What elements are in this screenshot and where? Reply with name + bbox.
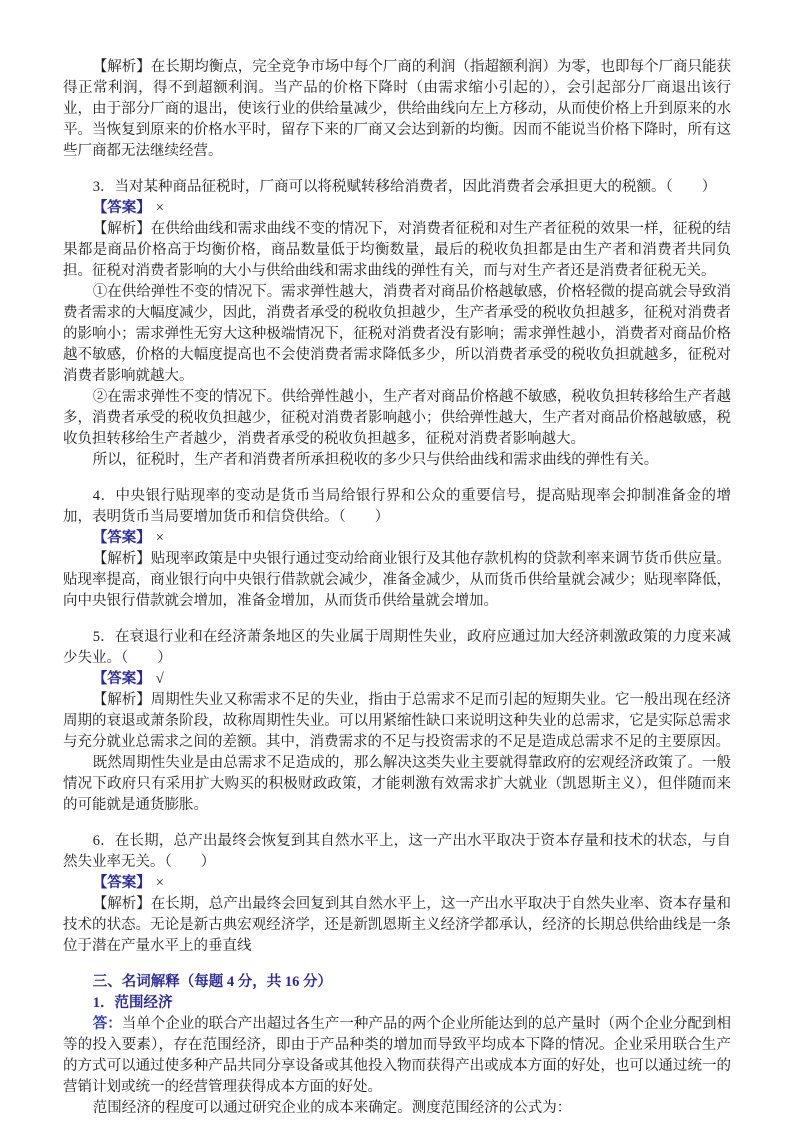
question-block-3: 3．当对某种商品征税时，厂商可以将税赋转移给消费者，因此消费者会承担更大的税额。…	[63, 177, 731, 471]
intro-analysis-paragraph: 【解析】在长期均衡点，完全竞争市场中每个厂商的利润（指超额利润）为零，也即每个厂…	[63, 57, 731, 162]
answer-line: 【答案】×	[63, 873, 731, 894]
answer-prefix: 答：	[93, 1016, 122, 1032]
document-page: 【解析】在长期均衡点，完全竞争市场中每个厂商的利润（指超额利润）为零，也即每个厂…	[0, 0, 792, 1122]
question-text: 6．在长期，总产出最终会恢复到其自然水平上，这一产出水平取决于资本存量和技术的状…	[63, 831, 731, 873]
answer-label: 【答案】	[93, 875, 151, 891]
question-block-5: 5．在衰退行业和在经济萧条地区的失业属于周期性失业，政府应通过加大经济刺激政策的…	[63, 627, 731, 816]
answer-line: 【答案】×	[63, 198, 731, 219]
analysis-paragraph: ②在需求弹性不变的情况下。供给弹性越小，生产者对商品价格越不敏感，税收负担转移给…	[63, 387, 731, 450]
analysis-paragraph: 【解析】周期性失业又称需求不足的失业，指由于总需求不足而引起的短期失业。它一般出…	[63, 690, 731, 753]
answer-mark: ×	[156, 530, 164, 546]
formula-intro-paragraph: 范围经济的程度可以通过研究企业的成本来确定。测度范围经济的公式为：	[63, 1098, 731, 1119]
question-block-4: 4．中央银行贴现率的变动是货币当局给银行界和公众的重要信号，提高贴现率会抑制准备…	[63, 486, 731, 612]
question-text: 5．在衰退行业和在经济萧条地区的失业属于周期性失业，政府应通过加大经济刺激政策的…	[63, 627, 731, 669]
analysis-paragraph: 【解析】在长期，总产出最终会回复到其自然水平上，这一产出水平取决于自然失业率、资…	[63, 894, 731, 957]
answer-line: 【答案】×	[63, 528, 731, 549]
answer-mark: √	[156, 671, 164, 687]
answer-label: 【答案】	[93, 200, 151, 216]
answer-label: 【答案】	[93, 530, 151, 546]
analysis-paragraph: ①在供给弹性不变的情况下。需求弹性越大，消费者对商品价格越敏感，价格轻微的提高就…	[63, 282, 731, 387]
analysis-paragraph: 既然周期性失业是由总需求不足造成的，那么解决这类失业主要就得靠政府的宏观经济政策…	[63, 753, 731, 816]
analysis-paragraph: 【解析】在供给曲线和需求曲线不变的情况下，对消费者征税和对生产者征税的效果一样，…	[63, 219, 731, 282]
section-heading: 三、名词解释（每题 4 分，共 16 分）	[63, 972, 731, 993]
section-3-terms: 三、名词解释（每题 4 分，共 16 分） 1．范围经济 答：当单个企业的联合产…	[63, 972, 731, 1119]
answer-line: 【答案】√	[63, 669, 731, 690]
answer-label: 【答案】	[93, 671, 151, 687]
analysis-paragraph: 所以，征税时，生产者和消费者所承担税收的多少只与供给曲线和需求曲线的弹性有关。	[63, 450, 731, 471]
answer-mark: ×	[156, 200, 164, 216]
question-text: 3．当对某种商品征税时，厂商可以将税赋转移给消费者，因此消费者会承担更大的税额。…	[63, 177, 731, 198]
answer-mark: ×	[156, 875, 164, 891]
question-text: 4．中央银行贴现率的变动是货币当局给银行界和公众的重要信号，提高贴现率会抑制准备…	[63, 486, 731, 528]
term-answer-paragraph: 答：当单个企业的联合产出超过各生产一种产品的两个企业所能达到的总产量时（两个企业…	[63, 1014, 731, 1098]
question-block-6: 6．在长期，总产出最终会恢复到其自然水平上，这一产出水平取决于资本存量和技术的状…	[63, 831, 731, 957]
term-item-title: 1．范围经济	[63, 993, 731, 1014]
analysis-paragraph: 【解析】贴现率政策是中央银行通过变动给商业银行及其他存款机构的贷款利率来调节货币…	[63, 549, 731, 612]
term-answer-body: 当单个企业的联合产出超过各生产一种产品的两个企业所能达到的总产量时（两个企业分配…	[63, 1016, 731, 1095]
